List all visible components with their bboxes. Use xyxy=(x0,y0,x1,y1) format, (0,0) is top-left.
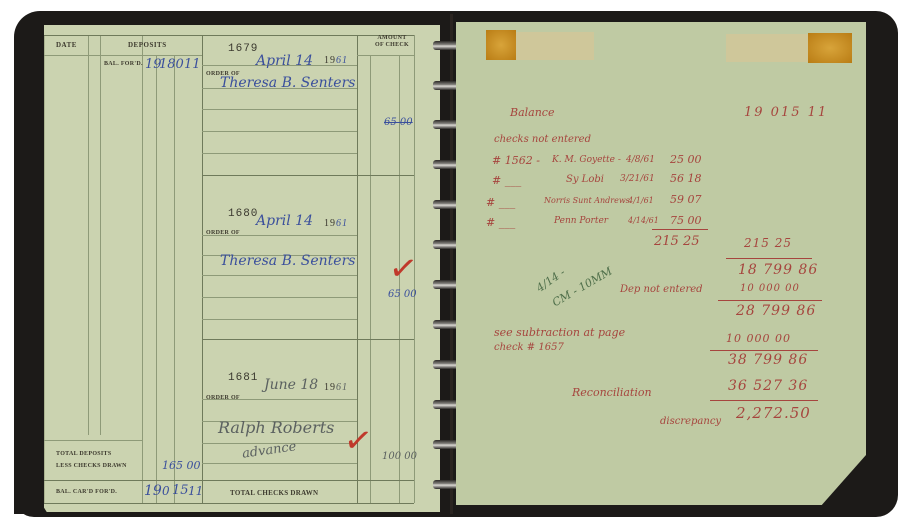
check-num: # 1562 - xyxy=(492,154,540,167)
checkmark-icon: ✓ xyxy=(386,247,420,291)
check-year-prefix: 19 xyxy=(324,382,336,393)
check-payee: Sy Lobi xyxy=(566,174,604,185)
check-year-suffix: 61 xyxy=(336,55,348,66)
total-checks-drawn-label: TOTAL CHECKS DRAWN xyxy=(230,489,318,497)
header-rule xyxy=(357,55,414,56)
unentered-subtotal: 215 25 xyxy=(654,234,700,249)
check-payee: Ralph Roberts xyxy=(218,418,334,437)
calc-value: 10 000 00 xyxy=(726,332,791,345)
line-rule xyxy=(202,463,357,464)
check-divider xyxy=(202,175,414,176)
line-rule xyxy=(202,319,357,320)
check-amount: 100 00 xyxy=(382,451,417,462)
left-page-check-register: DATE DEPOSITS AMOUNT OF CHECK BAL. FOR'D… xyxy=(44,25,440,512)
date-header: DATE xyxy=(56,41,77,49)
check-divider xyxy=(202,339,414,340)
calc-rule xyxy=(726,258,812,259)
calc-value: 28 799 86 xyxy=(736,303,816,319)
line-rule xyxy=(202,275,357,276)
footer-rule xyxy=(44,503,414,504)
footer-rule xyxy=(44,440,142,441)
check-year-suffix: 61 xyxy=(336,218,348,229)
check-payee: Penn Porter xyxy=(554,216,608,226)
check-num: # ___ xyxy=(486,196,515,209)
deposit-not-entered-label: Dep not entered xyxy=(620,284,703,295)
tape-stain xyxy=(486,30,516,60)
check-amount: 56 18 xyxy=(670,172,702,185)
less-checks-drawn-value: 165 00 xyxy=(162,459,201,472)
header-rule xyxy=(44,55,202,56)
line-rule xyxy=(202,297,357,298)
total-deposits-label: TOTAL DEPOSITS xyxy=(56,451,112,457)
bal-forward-cents: 11 xyxy=(184,57,201,72)
check-number: 1681 xyxy=(228,372,258,384)
tape-stain xyxy=(808,33,852,63)
column-rule xyxy=(202,35,203,503)
calc-value: 18 799 86 xyxy=(738,262,818,278)
calc-value: 10 000 00 xyxy=(740,283,800,294)
check-date: 4/1/61 xyxy=(628,196,654,205)
column-rule xyxy=(142,35,143,503)
footer-rule xyxy=(44,480,414,481)
balance-label: Balance xyxy=(510,106,554,119)
order-of-label: ORDER OF xyxy=(206,395,240,401)
calc-rule xyxy=(710,400,818,401)
check-date: 4/14/61 xyxy=(628,216,659,225)
bal-forward-dollars: 180 xyxy=(159,57,184,72)
checkmark-icon: ✓ xyxy=(341,419,375,463)
subtraction-note-line2: check # 1657 xyxy=(494,342,564,353)
line-rule xyxy=(202,109,357,110)
column-rule xyxy=(100,35,101,435)
deposits-header: DEPOSITS xyxy=(128,41,167,49)
column-rule xyxy=(44,35,45,503)
check-num: # ___ xyxy=(492,174,521,187)
check-date: April 14 xyxy=(256,53,313,69)
discrepancy-label: discrepancy xyxy=(660,416,721,427)
right-page-reconciliation-notes: Balance 19 015 11 checks not entered # 1… xyxy=(456,22,866,505)
page-corner xyxy=(14,460,48,514)
discrepancy-value: 2,272.50 xyxy=(736,404,811,422)
calc-rule xyxy=(710,350,818,351)
bal-carried-thousands: 19 xyxy=(144,483,162,499)
less-checks-drawn-label: LESS CHECKS DRAWN xyxy=(56,463,127,469)
line-rule xyxy=(202,131,357,132)
header-rule xyxy=(44,35,414,36)
check-year-suffix: 61 xyxy=(336,382,348,393)
check-date: April 14 xyxy=(256,213,313,229)
check-year-prefix: 19 xyxy=(324,218,336,229)
check-payee: Theresa B. Senters xyxy=(220,253,355,269)
bal-carried-forward-label: BAL. CAR'D FOR'D. xyxy=(56,489,117,495)
bal-forward-label: BAL. FOR'D. xyxy=(104,61,143,67)
page-corner xyxy=(820,455,866,507)
check-number: 1679 xyxy=(228,43,258,55)
column-rule xyxy=(156,55,157,503)
check-payee: Norris Sunt Andrews xyxy=(544,196,630,205)
calc-value: 215 25 xyxy=(744,236,792,250)
check-number: 1680 xyxy=(228,208,258,220)
calc-value: 36 527 36 xyxy=(728,378,808,394)
check-amount: 25 00 xyxy=(670,153,702,166)
sum-rule xyxy=(652,229,708,230)
check-payee: K. M. Goyette - xyxy=(552,155,621,165)
bal-carried-cents: 11 xyxy=(188,484,203,498)
column-rule xyxy=(174,55,175,503)
checks-not-entered-label: checks not entered xyxy=(494,134,591,145)
check-amount: 59 07 xyxy=(670,193,702,206)
line-rule xyxy=(202,153,357,154)
check-date: June 18 xyxy=(264,377,318,393)
calc-value: 38 799 86 xyxy=(728,352,808,368)
check-amount-struck: 65 00 xyxy=(384,117,413,128)
bal-carried-hundreds: 0 xyxy=(162,484,170,498)
subtraction-note-line1: see subtraction at page xyxy=(494,326,625,339)
check-amount: 75 00 xyxy=(670,214,702,227)
check-date: 4/8/61 xyxy=(626,155,655,165)
balance-value: 19 015 11 xyxy=(744,105,828,120)
column-rule xyxy=(88,35,89,435)
amount-header-line2: OF CHECK xyxy=(366,42,418,48)
order-of-label: ORDER OF xyxy=(206,230,240,236)
calc-rule xyxy=(718,300,822,301)
check-payee: Theresa B. Senters xyxy=(220,75,355,91)
check-num: # ___ xyxy=(486,216,515,229)
reconciliation-label: Reconciliation xyxy=(572,386,652,399)
check-date: 3/21/61 xyxy=(620,174,655,184)
check-amount: 65 00 xyxy=(388,289,417,300)
check-year-prefix: 19 xyxy=(324,55,336,66)
amount-header-line1: AMOUNT xyxy=(370,35,414,41)
bal-carried-dollars: 15 xyxy=(172,483,189,498)
